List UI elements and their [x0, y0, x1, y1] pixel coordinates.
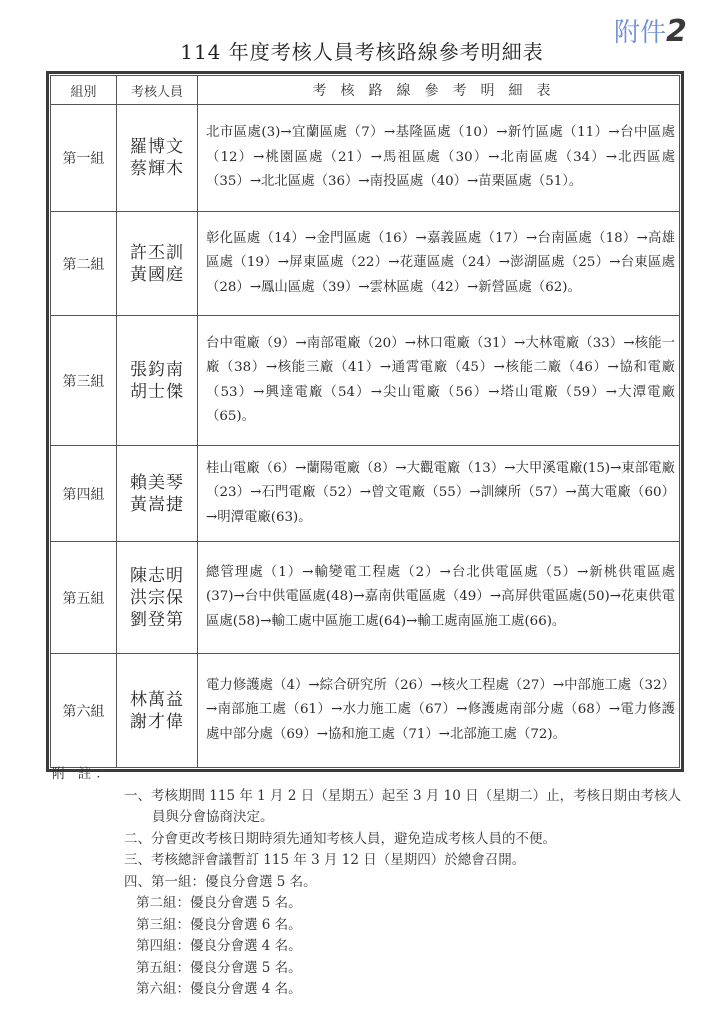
quota-item: 第三組：優良分會選 6 名。: [52, 915, 692, 937]
staff-name: 胡士傑: [118, 381, 196, 403]
route-table-frame: 組別 考核人員 考核路線參考明細表 第一組 羅博文 蔡輝木 北市區處(3)→宜蘭…: [46, 71, 684, 772]
staff-name: 蔡輝木: [118, 158, 196, 180]
group-cell: 第四組: [51, 446, 117, 542]
staff-cell: 張鈞南 胡士傑: [117, 316, 198, 446]
header-staff: 考核人員: [117, 76, 198, 105]
table-row: 第五組 陳志明 洪宗保 劉登第 總管理處（1）→輸變電工程處（2）→台北供電區處…: [51, 542, 680, 654]
notes-section: 附 註： 一、考核期間 115 年 1 月 2 日（星期五）起至 3 月 10 …: [52, 764, 692, 1001]
staff-name: 劉登第: [118, 609, 196, 631]
attachment-number: 2: [666, 14, 687, 49]
header-route: 考核路線參考明細表: [198, 76, 680, 105]
group-cell: 第一組: [51, 105, 117, 212]
staff-name: 陳志明: [118, 565, 196, 587]
quota-item: 第四組：優良分會選 4 名。: [52, 936, 692, 958]
staff-cell: 賴美琴 黃嵩捷: [117, 446, 198, 542]
note-item: 四、第一組：優良分會選 5 名。: [76, 872, 692, 894]
group-cell: 第五組: [51, 542, 117, 654]
staff-name: 黃國庭: [118, 264, 196, 286]
group-cell: 第三組: [51, 316, 117, 446]
note-item: 三、考核總評會議暫訂 115 年 3 月 12 日（星期四）於總會召開。: [76, 850, 692, 872]
staff-cell: 林萬益 謝才偉: [117, 654, 198, 768]
table-row: 第三組 張鈞南 胡士傑 台中電廠（9）→南部電廠（20）→林口電廠（31）→大林…: [51, 316, 680, 446]
staff-name: 許丕訓: [118, 242, 196, 264]
table-header-row: 組別 考核人員 考核路線參考明細表: [51, 76, 680, 105]
route-cell: 桂山電廠（6）→蘭陽電廠（8）→大觀電廠（13）→大甲溪電廠(15)→東部電廠（…: [198, 446, 680, 542]
staff-cell: 許丕訓 黃國庭: [117, 212, 198, 316]
note-item: 二、分會更改考核日期時須先通知考核人員，避免造成考核人員的不便。: [76, 829, 692, 851]
note-item: 一、考核期間 115 年 1 月 2 日（星期五）起至 3 月 10 日（星期二…: [76, 786, 692, 829]
attachment-label: 附件: [614, 18, 666, 48]
route-cell: 電力修護處（4）→綜合研究所（26）→核火工程處（27）→中部施工處（32）→南…: [198, 654, 680, 768]
table-row: 第四組 賴美琴 黃嵩捷 桂山電廠（6）→蘭陽電廠（8）→大觀電廠（13）→大甲溪…: [51, 446, 680, 542]
group-cell: 第二組: [51, 212, 117, 316]
route-cell: 台中電廠（9）→南部電廠（20）→林口電廠（31）→大林電廠（33）→核能一廠（…: [198, 316, 680, 446]
staff-name: 賴美琴: [118, 472, 196, 494]
table-row: 第一組 羅博文 蔡輝木 北市區處(3)→宜蘭區處（7）→基隆區處（10）→新竹區…: [51, 105, 680, 212]
route-cell: 總管理處（1）→輸變電工程處（2）→台北供電區處（5）→新桃供電區處(37)→台…: [198, 542, 680, 654]
route-cell: 北市區處(3)→宜蘭區處（7）→基隆區處（10）→新竹區處（11）→台中區處（1…: [198, 105, 680, 212]
table-row: 第六組 林萬益 謝才偉 電力修護處（4）→綜合研究所（26）→核火工程處（27）…: [51, 654, 680, 768]
quota-item: 第二組：優良分會選 5 名。: [52, 893, 692, 915]
group-cell: 第六組: [51, 654, 117, 768]
staff-name: 張鈞南: [118, 359, 196, 381]
quota-item: 第五組：優良分會選 5 名。: [52, 958, 692, 980]
route-table: 組別 考核人員 考核路線參考明細表 第一組 羅博文 蔡輝木 北市區處(3)→宜蘭…: [50, 75, 680, 768]
header-group: 組別: [51, 76, 117, 105]
staff-cell: 羅博文 蔡輝木: [117, 105, 198, 212]
notes-heading: 附 註：: [52, 764, 692, 786]
staff-name: 謝才偉: [118, 711, 196, 733]
staff-name: 林萬益: [118, 689, 196, 711]
staff-name: 洪宗保: [118, 587, 196, 609]
attachment-stamp: 附件2: [614, 12, 687, 49]
quota-item: 第六組：優良分會選 4 名。: [52, 979, 692, 1001]
route-cell: 彰化區處（14）→金門區處（16）→嘉義區處（17）→台南區處（18）→高雄區處…: [198, 212, 680, 316]
staff-cell: 陳志明 洪宗保 劉登第: [117, 542, 198, 654]
staff-name: 黃嵩捷: [118, 494, 196, 516]
staff-name: 羅博文: [118, 136, 196, 158]
table-row: 第二組 許丕訓 黃國庭 彰化區處（14）→金門區處（16）→嘉義區處（17）→台…: [51, 212, 680, 316]
